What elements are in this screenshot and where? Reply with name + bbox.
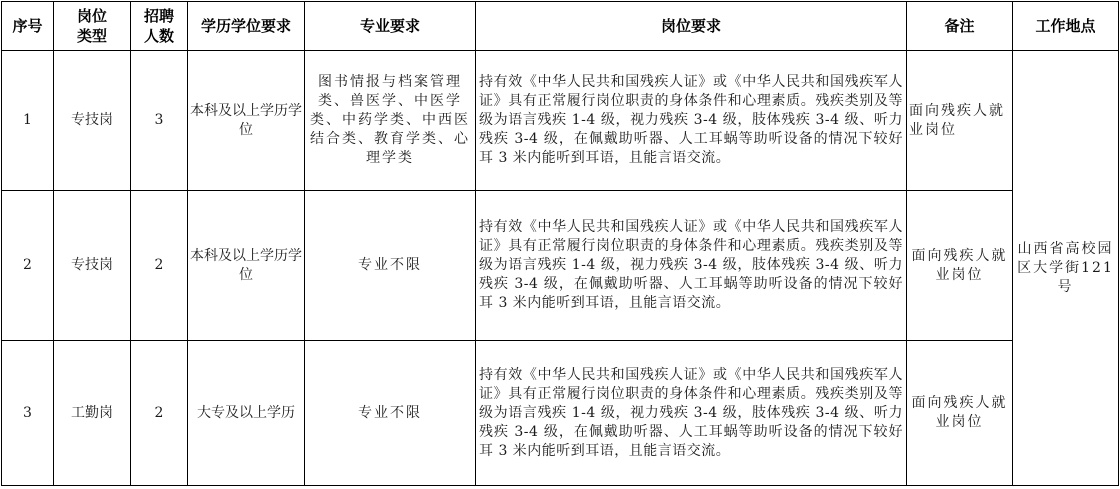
cell-headcount: 2	[131, 341, 188, 486]
cell-major: 专业不限	[305, 341, 476, 486]
header-post-type: 岗位类型	[54, 2, 131, 51]
header-headcount-line1: 招聘	[144, 7, 174, 25]
cell-post-type: 工勤岗	[54, 341, 131, 486]
header-remarks: 备注	[907, 2, 1013, 51]
header-major: 专业要求	[305, 2, 476, 51]
table-row: 2 专技岗 2 本科及以上学历学位 专业不限 持有效《中华人民共和国残疾人证》或…	[2, 191, 1119, 341]
cell-requirements: 持有效《中华人民共和国残疾人证》或《中华人民共和国残疾军人证》具有正常履行岗位职…	[476, 341, 907, 486]
cell-seq: 2	[2, 191, 54, 341]
header-row: 序号 岗位类型 招聘人数 学历学位要求 专业要求 岗位要求 备注 工作地点	[2, 2, 1119, 51]
header-location: 工作地点	[1013, 2, 1119, 51]
header-education: 学历学位要求	[188, 2, 305, 51]
cell-location: 山西省高校园区大学街121号	[1013, 51, 1119, 486]
cell-headcount: 3	[131, 51, 188, 191]
table-row: 3 工勤岗 2 大专及以上学历 专业不限 持有效《中华人民共和国残疾人证》或《中…	[2, 341, 1119, 486]
cell-education: 本科及以上学历学位	[188, 51, 305, 191]
cell-post-type: 专技岗	[54, 51, 131, 191]
header-seq: 序号	[2, 2, 54, 51]
cell-seq: 3	[2, 341, 54, 486]
recruitment-table: 序号 岗位类型 招聘人数 学历学位要求 专业要求 岗位要求 备注 工作地点 1 …	[1, 1, 1119, 486]
header-headcount-line2: 人数	[144, 27, 174, 45]
cell-seq: 1	[2, 51, 54, 191]
header-requirements: 岗位要求	[476, 2, 907, 51]
cell-post-type: 专技岗	[54, 191, 131, 341]
cell-major: 专业不限	[305, 191, 476, 341]
table-row: 1 专技岗 3 本科及以上学历学位 图书情报与档案管理类、兽医学、中医学类、中药…	[2, 51, 1119, 191]
header-headcount: 招聘人数	[131, 2, 188, 51]
cell-remarks: 面向残疾人就业岗位	[907, 51, 1013, 191]
cell-major: 图书情报与档案管理类、兽医学、中医学类、中药学类、中西医结合类、教育学类、心理学…	[305, 51, 476, 191]
cell-requirements: 持有效《中华人民共和国残疾人证》或《中华人民共和国残疾军人证》具有正常履行岗位职…	[476, 51, 907, 191]
cell-education: 大专及以上学历	[188, 341, 305, 486]
cell-requirements: 持有效《中华人民共和国残疾人证》或《中华人民共和国残疾军人证》具有正常履行岗位职…	[476, 191, 907, 341]
cell-remarks: 面向残疾人就业岗位	[907, 191, 1013, 341]
header-post-type-line2: 类型	[77, 27, 107, 45]
cell-remarks: 面向残疾人就业岗位	[907, 341, 1013, 486]
header-post-type-line1: 岗位	[77, 7, 107, 25]
cell-headcount: 2	[131, 191, 188, 341]
cell-education: 本科及以上学历学位	[188, 191, 305, 341]
